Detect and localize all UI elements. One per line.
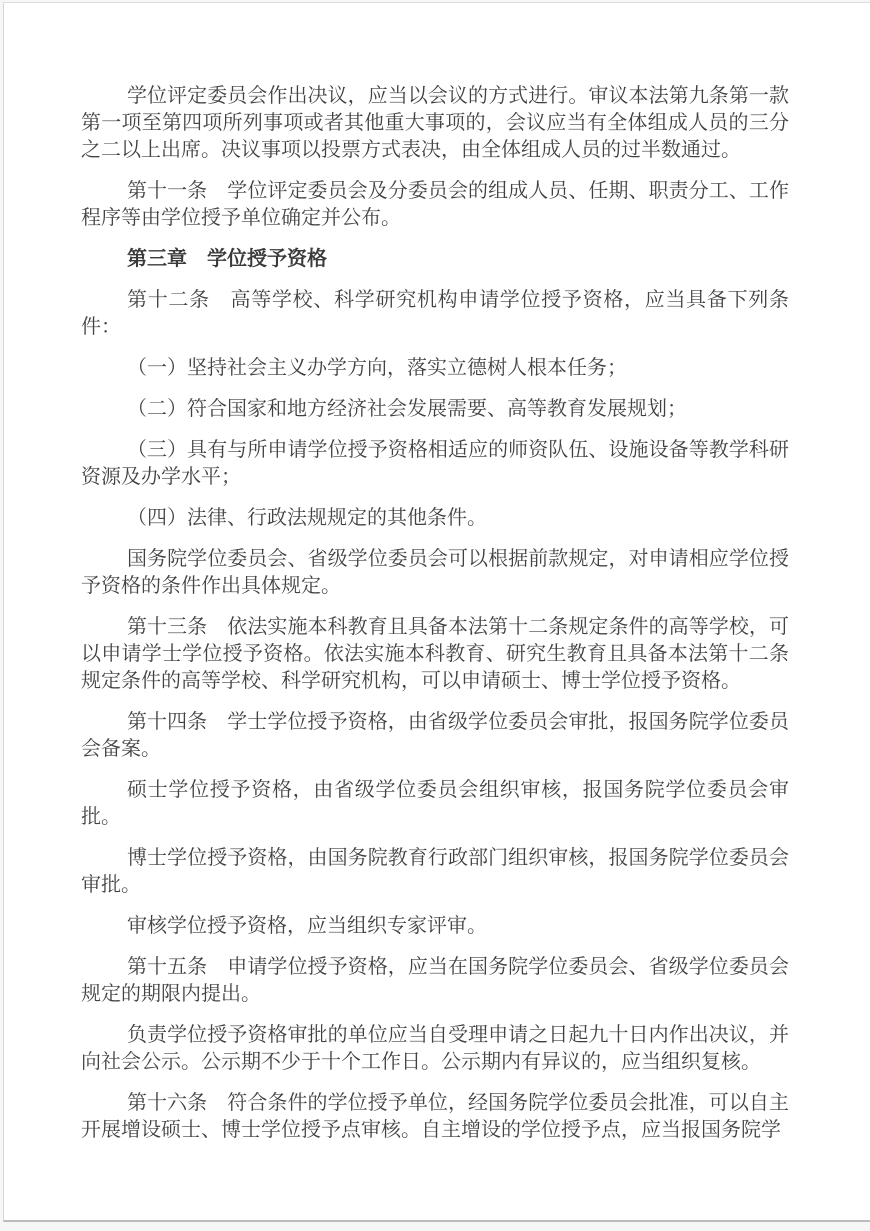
paragraph-article-14: 第十四条 学士学位授予资格，由省级学位委员会审批，报国务院学位委员会备案。 (81, 709, 789, 763)
paragraph-committee-resolution: 学位评定委员会作出决议，应当以会议的方式进行。审议本法第九条第一款第一项至第四项… (81, 83, 789, 164)
paragraph-expert-review: 审核学位授予资格，应当组织专家评审。 (81, 913, 789, 940)
document-body: 学位评定委员会作出决议，应当以会议的方式进行。审议本法第九条第一款第一项至第四项… (4, 3, 794, 1144)
paragraph-article-12-item-3: （三）具有与所申请学位授予资格相适应的师资队伍、设施设备等教学科研资源及办学水平… (81, 437, 789, 491)
paragraph-approval-deadline: 负责学位授予资格审批的单位应当自受理申请之日起九十日内作出决议，并向社会公示。公… (81, 1022, 789, 1076)
paragraph-master-qualification: 硕士学位授予资格，由省级学位委员会组织审核，报国务院学位委员会审批。 (81, 777, 789, 831)
paragraph-article-16: 第十六条 符合条件的学位授予单位，经国务院学位委员会批准，可以自主开展增设硕士、… (81, 1090, 789, 1144)
paragraph-article-11: 第十一条 学位评定委员会及分委员会的组成人员、任期、职责分工、工作程序等由学位授… (81, 178, 789, 232)
paragraph-article-15: 第十五条 申请学位授予资格，应当在国务院学位委员会、省级学位委员会规定的期限内提… (81, 954, 789, 1008)
document-page: 学位评定委员会作出决议，应当以会议的方式进行。审议本法第九条第一款第一项至第四项… (3, 2, 870, 1222)
paragraph-article-12-item-1: （一）坚持社会主义办学方向，落实立德树人根本任务； (81, 355, 789, 382)
chapter-3-heading: 第三章 学位授予资格 (81, 246, 789, 273)
paragraph-article-12: 第十二条 高等学校、科学研究机构申请学位授予资格，应当具备下列条件： (81, 287, 789, 341)
paragraph-article-13: 第十三条 依法实施本科教育且具备本法第十二条规定条件的高等学校，可以申请学士学位… (81, 614, 789, 695)
paragraph-article-12-item-4: （四）法律、行政法规规定的其他条件。 (81, 505, 789, 532)
paragraph-article-12-item-2: （二）符合国家和地方经济社会发展需要、高等教育发展规划； (81, 396, 789, 423)
paragraph-doctoral-qualification: 博士学位授予资格，由国务院教育行政部门组织审核，报国务院学位委员会审批。 (81, 845, 789, 899)
paragraph-specific-provisions: 国务院学位委员会、省级学位委员会可以根据前款规定，对申请相应学位授予资格的条件作… (81, 546, 789, 600)
